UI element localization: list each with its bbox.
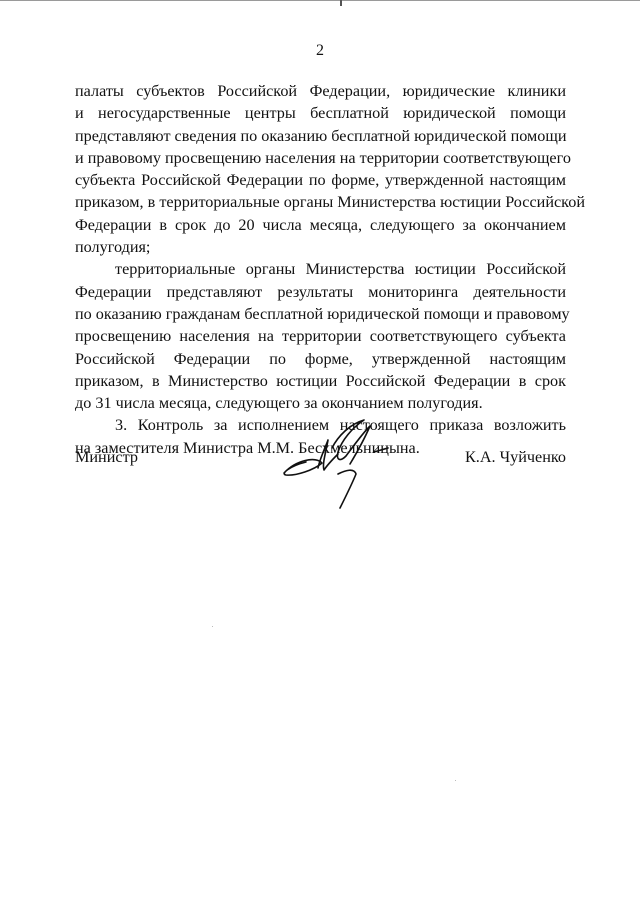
text-line: полугодия; xyxy=(75,236,566,258)
document-body: палаты субъектов Российской Федерации, ю… xyxy=(75,80,566,459)
page-number: 2 xyxy=(0,42,640,60)
text-line: и правовому просвещению населения на тер… xyxy=(75,147,566,169)
signatory-title: Министр xyxy=(75,448,138,467)
text-line: Федерации в срок до 20 числа месяца, сле… xyxy=(75,214,566,236)
paragraph-2: территориальные органы Министерства юсти… xyxy=(75,258,566,414)
text-line: Российской Федерации по форме, утвержден… xyxy=(75,348,566,370)
text-line: просвещению населения на территории соот… xyxy=(75,325,566,347)
text-line: приказом, в территориальные органы Минис… xyxy=(75,191,566,213)
text-line: субъекта Российской Федерации по форме, … xyxy=(75,169,566,191)
text-line: приказом, в Министерство юстиции Российс… xyxy=(75,370,566,392)
scan-edge-line xyxy=(0,0,640,1)
text-line: территориальные органы Министерства юсти… xyxy=(75,258,566,280)
signature-icon xyxy=(276,418,406,513)
scan-edge-mark xyxy=(340,0,342,6)
signatory-name: К.А. Чуйченко xyxy=(465,448,566,467)
scan-speck xyxy=(212,626,213,627)
text-line: и негосударственные центры бесплатной юр… xyxy=(75,102,566,124)
text-line: по оказанию гражданам бесплатной юридиче… xyxy=(75,303,566,325)
text-line: до 31 числа месяца, следующего за оконча… xyxy=(75,392,566,414)
text-line: палаты субъектов Российской Федерации, ю… xyxy=(75,80,566,102)
text-line: представляют сведения по оказанию беспла… xyxy=(75,125,566,147)
text-line: Федерации представляют результаты монито… xyxy=(75,281,566,303)
paragraph-1: палаты субъектов Российской Федерации, ю… xyxy=(75,80,566,258)
scan-speck xyxy=(455,780,456,781)
